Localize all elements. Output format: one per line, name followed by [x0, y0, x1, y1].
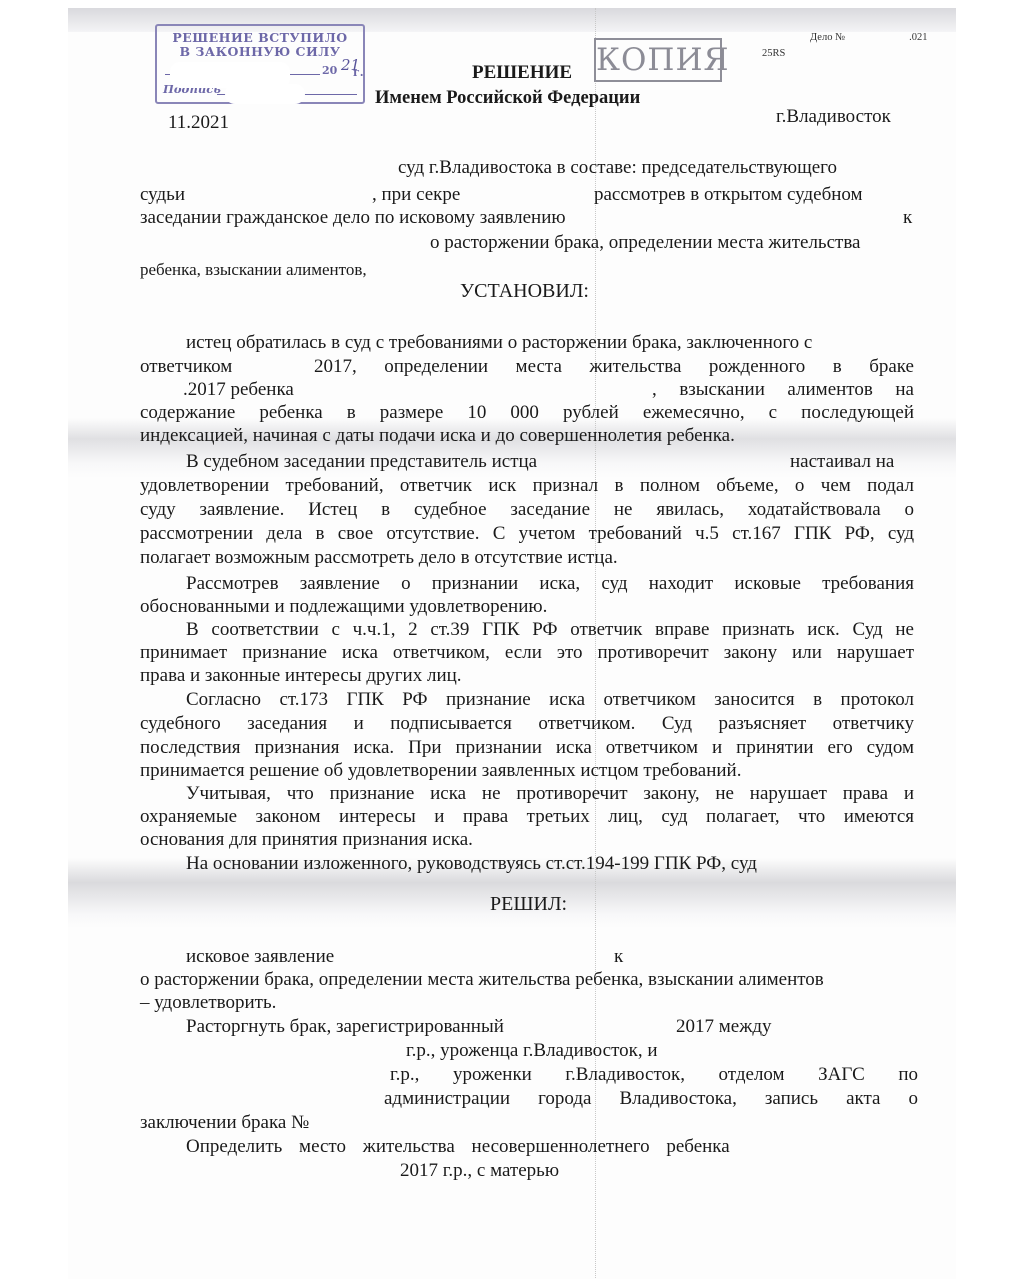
paragraph-line: о расторжении брака, определении места ж… — [140, 969, 824, 991]
document-subtitle: Именем Российской Федерации — [375, 88, 640, 109]
paragraph-line: .2017 ребенка — [183, 379, 294, 401]
document-title: РЕШЕНИЕ — [472, 62, 572, 84]
paragraph-line: исковое заявление — [186, 946, 334, 968]
intro-line: о расторжении брака, определении места ж… — [430, 232, 860, 254]
paragraph-line: полагает возможным рассмотреть дело в от… — [140, 547, 618, 569]
paragraph-line: Расторгнуть брак, зарегистрированный — [186, 1016, 504, 1038]
section-heading-established: УСТАНОВИЛ: — [460, 280, 589, 302]
paragraph-line: 2017 г.р., с матерью — [400, 1160, 559, 1182]
intro-line: рассмотрев в открытом судебном — [594, 184, 863, 206]
intro-line: к — [903, 207, 912, 229]
paragraph-line: судебного заседания и подписывается отве… — [140, 713, 914, 735]
paragraph-line: 2017 между — [676, 1016, 772, 1038]
paragraph-line: принимается решение об удовлетворении за… — [140, 760, 741, 782]
paragraph-line: Учитывая, что признание иска не противор… — [186, 783, 914, 805]
paragraph-line: г.р., уроженца г.Владивосток, и — [406, 1040, 658, 1062]
decision-city: г.Владивосток — [776, 106, 891, 128]
paragraph-line: На основании изложенного, руководствуясь… — [186, 853, 757, 875]
intro-line: судьи — [140, 184, 185, 206]
copy-stamp: КОПИЯ — [594, 38, 722, 82]
paragraph-line: ответчиком — [140, 356, 232, 378]
case-uid: 25RS — [762, 48, 785, 59]
paragraph-line: , взыскании алиментов на — [652, 379, 914, 401]
paragraph-line: содержание ребенка в размере 10 000 рубл… — [140, 402, 914, 424]
paragraph-line: основания для принятия признания иска. — [140, 829, 473, 851]
intro-line: суд г.Владивостока в составе: председате… — [398, 157, 837, 179]
stamp-line-1: РЕШЕНИЕ ВСТУПИЛО — [157, 30, 363, 45]
paragraph-line: г.р., уроженки г.Владивосток, отделом ЗА… — [390, 1064, 918, 1086]
paragraph-line: В соответствии с ч.ч.1, 2 ст.39 ГПК РФ о… — [186, 619, 914, 641]
paragraph-line: Определить место жительства несовершенно… — [186, 1136, 730, 1158]
paragraph-line: В судебном заседании представитель истца — [186, 451, 537, 473]
paragraph-line: к — [614, 946, 623, 968]
intro-line: , при секре — [372, 184, 460, 206]
decision-date: 11.2021 — [168, 112, 229, 134]
paragraph-line: истец обратилась в суд с требованиями о … — [186, 332, 812, 354]
stamp-year-suffix: г. — [353, 66, 364, 79]
redaction — [225, 84, 305, 104]
paragraph-line: права и законные интересы других лиц. — [140, 665, 462, 687]
paragraph-line: суду заявление. Истец в судебное заседан… — [140, 499, 914, 521]
stamp-year-prefix: 20 — [322, 64, 337, 77]
paragraph-line: индексацией, начиная с даты подачи иска … — [140, 425, 735, 447]
paragraph-line: заключении брака № — [140, 1112, 309, 1134]
case-number-text: Дело № — [810, 32, 845, 43]
stamp-line-2: В ЗАКОННУЮ СИЛУ — [157, 44, 363, 59]
paragraph-line: обоснованными и подлежащими удовлетворен… — [140, 596, 547, 618]
paragraph-line: настаивал на — [790, 451, 894, 473]
paragraph-line: рассмотрении дела в свое отсутствие. С у… — [140, 523, 914, 545]
paragraph-line: удовлетворении требований, ответчик иск … — [140, 475, 914, 497]
intro-line: заседании гражданское дело по исковому з… — [140, 207, 566, 229]
paragraph-line: Согласно ст.173 ГПК РФ признание иска от… — [186, 689, 914, 711]
paragraph-line: последствия признания иска. При признани… — [140, 737, 914, 759]
paragraph-line: Рассмотрев заявление о признании иска, с… — [186, 573, 914, 595]
paragraph-line: 2017, определении места жительства рожде… — [314, 356, 914, 378]
paragraph-line: – удовлетворить. — [140, 992, 276, 1014]
paragraph-line: охраняемые законом интересы и права трет… — [140, 806, 914, 828]
section-heading-decided: РЕШИЛ: — [490, 893, 567, 915]
case-number-label: Дело №.021 — [810, 32, 927, 43]
case-number-suffix: .021 — [909, 32, 927, 43]
paragraph-line: администрации города Владивостока, запис… — [384, 1088, 918, 1110]
paragraph-line: принимает признание иска ответчиком, есл… — [140, 642, 914, 664]
intro-line: ребенка, взыскании алиментов, — [140, 259, 367, 281]
